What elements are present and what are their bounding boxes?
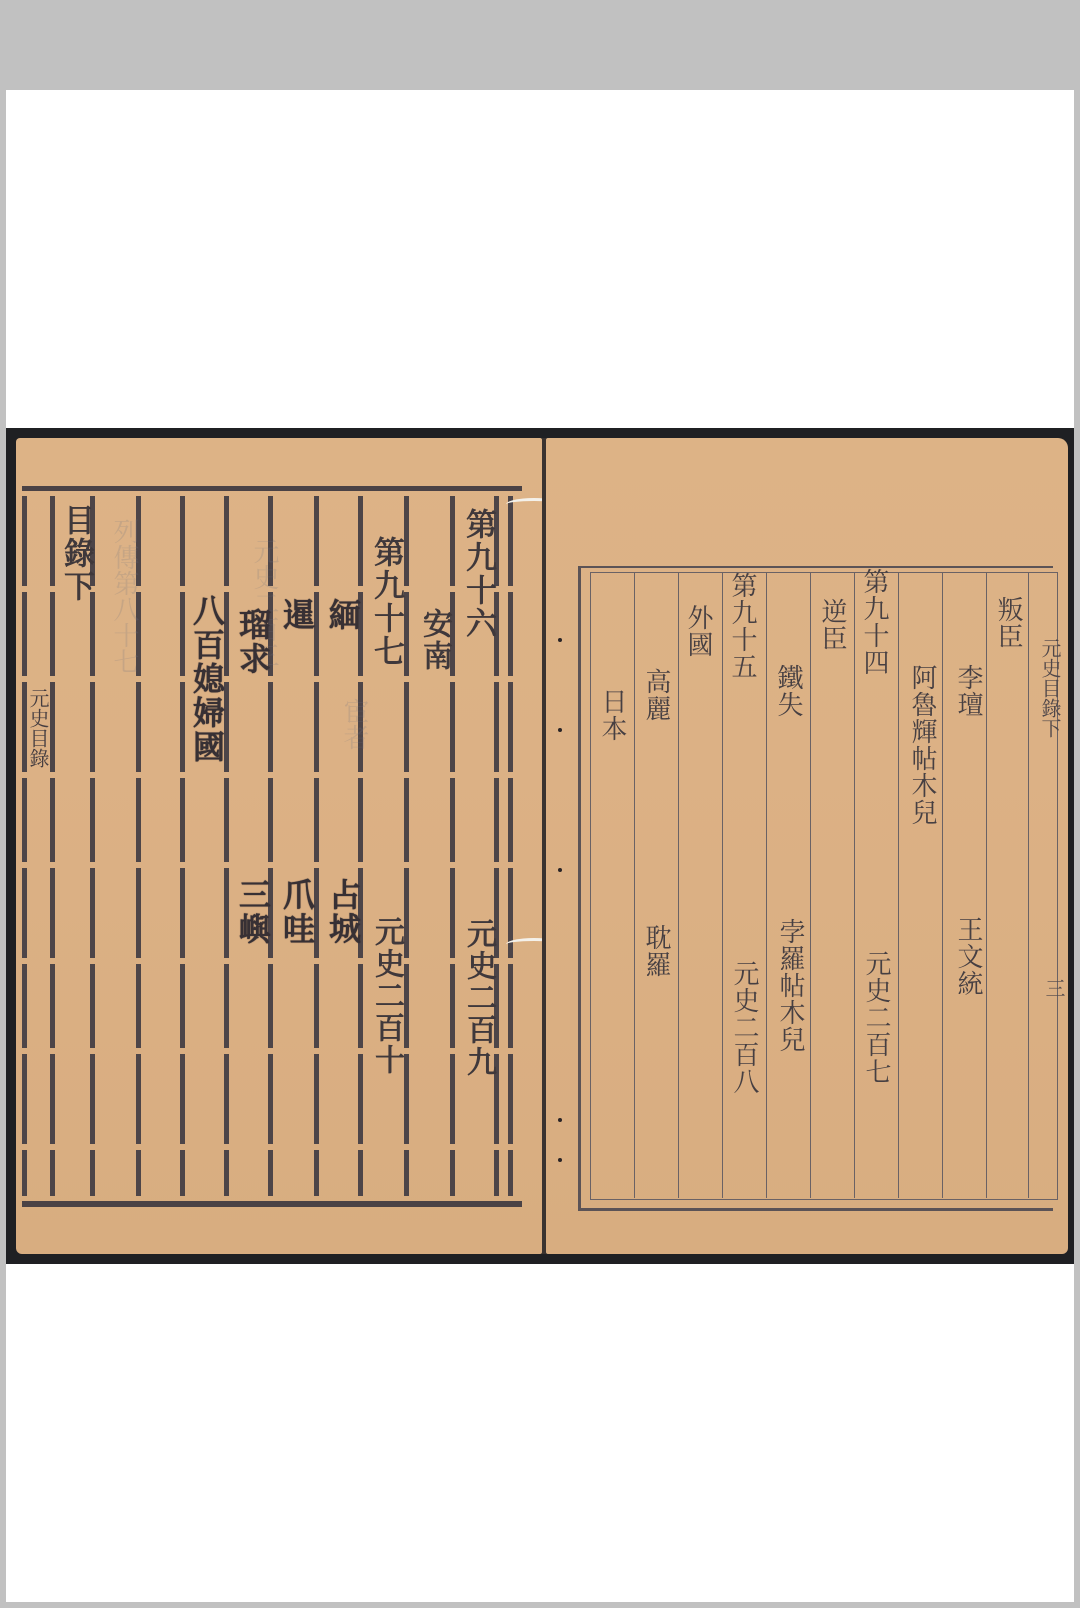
chapter-96-entry: 安南 [412,608,456,672]
entry-champa: 占城 [320,878,366,946]
left-fold-title: 元史目錄 [24,688,53,768]
chapter-95-heading: 第九十五 [724,572,761,680]
category-foreign-states: 外國 [680,604,717,658]
book-scan: 列傳第八十七 元史二百三 宦者 目錄下 元史目錄 第九十六 安南 元史二百九 第… [6,428,1074,1264]
entry-burma: 緬 [320,598,366,632]
entry-ryukyu: 瑠求 [230,608,276,676]
category-rebel-ministers: 叛臣 [990,596,1027,650]
name-boluo-temur: 孛羅帖木兒 [772,918,809,1053]
name-japan: 日本 [594,688,631,742]
left-page: 列傳第八十七 元史二百三 宦者 目錄下 元史目錄 第九十六 安南 元史二百九 第… [16,438,542,1254]
entry-siam: 暹 [274,598,320,632]
name-goryeo: 高麗 [638,668,675,722]
right-fold-page-number: 三 [1040,978,1069,998]
chapter-94-source: 元史二百七 [858,950,895,1085]
name-wang-wentong: 王文統 [950,916,987,997]
chapter-96-heading: 第九十六 [456,508,501,640]
entry-java: 爪哇 [274,878,320,946]
category-traitor-ministers: 逆臣 [814,598,851,652]
entry-sanyu: 三嶼 [230,878,276,946]
name-alu-hui-temur: 阿魯輝帖木兒 [904,664,941,826]
chapter-94-heading: 第九十四 [856,568,893,676]
chapter-97-heading: 第九十七 [364,536,409,668]
name-tieshi: 鐵失 [770,664,807,718]
right-page: 元史目錄下 三 叛臣 李璮 王文統 阿魯輝帖木兒 第九十四 元史二百七 逆臣 鐵… [546,438,1068,1254]
left-margin-title: 目錄下 [54,504,99,603]
right-fold-title: 元史目錄下 [1036,638,1065,738]
name-li-tan: 李璮 [950,664,987,718]
chapter-95-source: 元史二百八 [726,960,763,1095]
chapter-96-source: 元史二百九 [456,918,500,1078]
name-tamna: 耽羅 [638,924,675,978]
entry-babaixifu: 八百媳婦國 [184,594,230,764]
chapter-97-source: 元史二百十 [364,916,408,1076]
